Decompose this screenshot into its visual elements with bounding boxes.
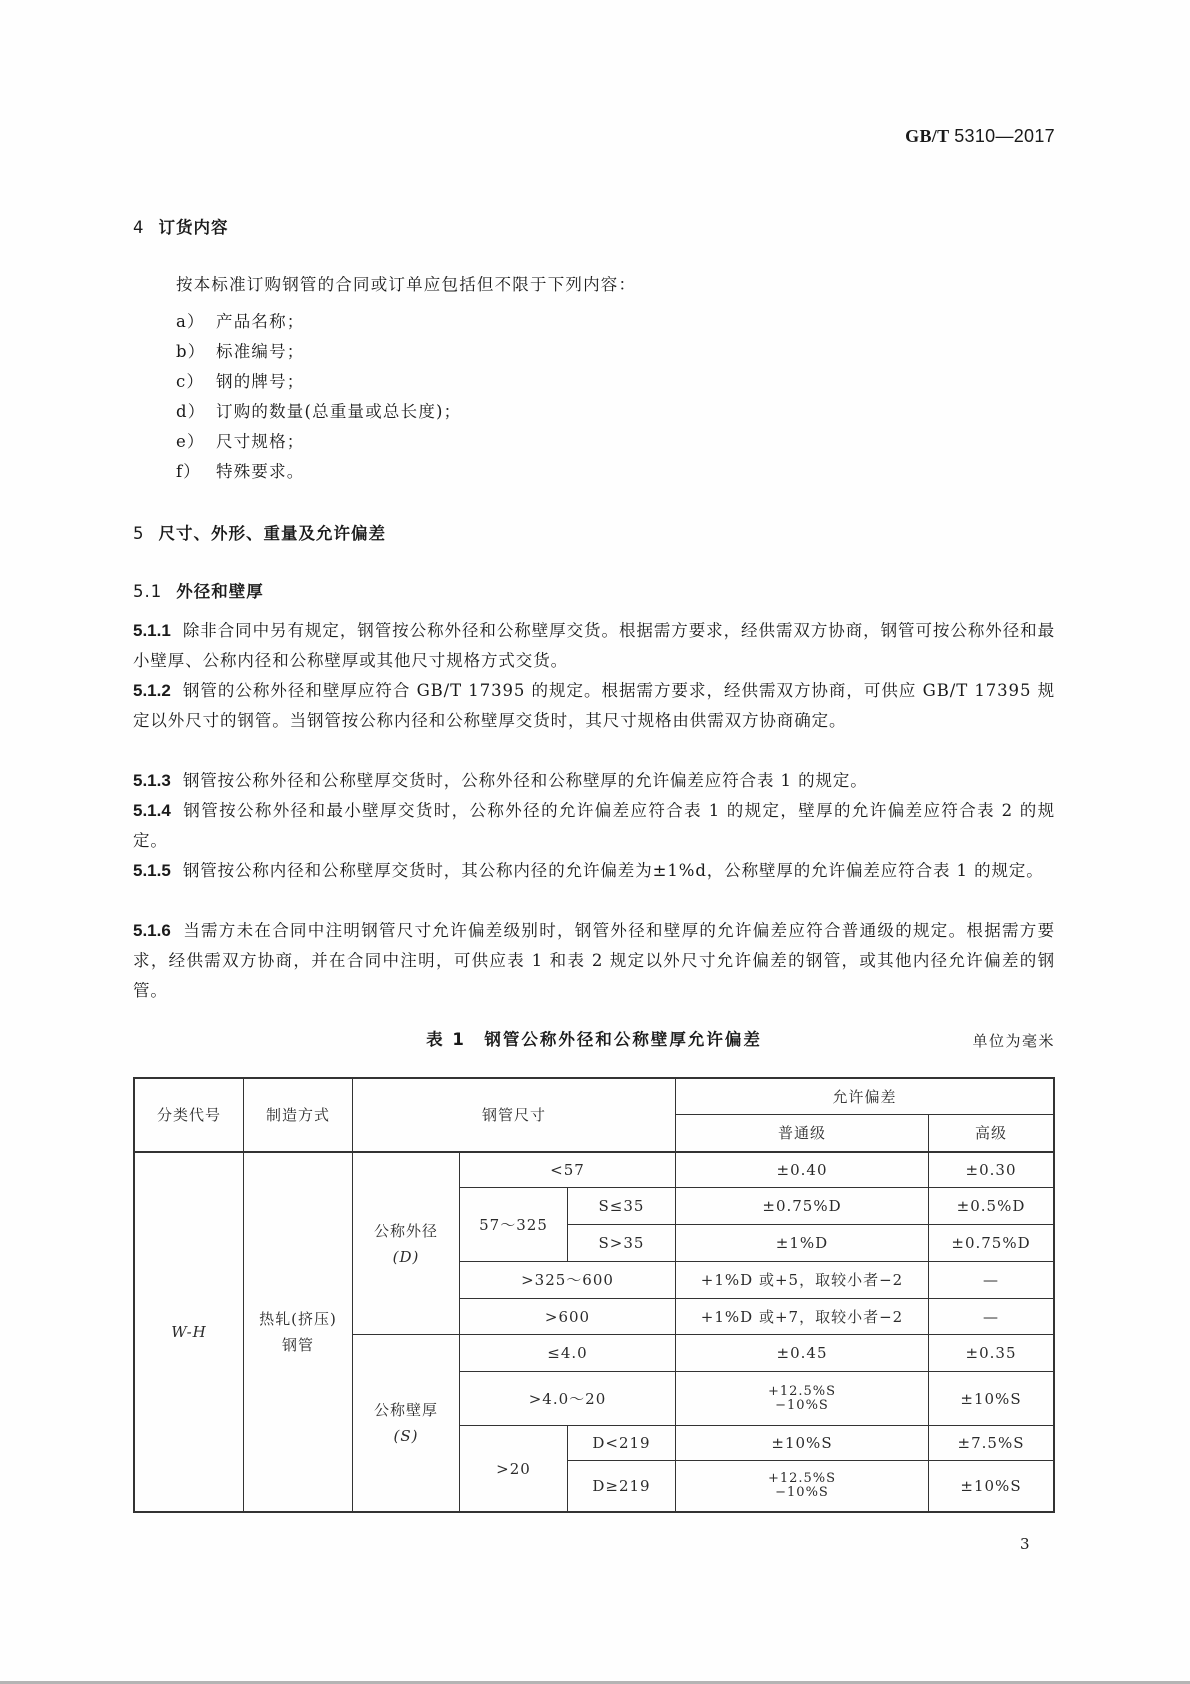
list-text: 特殊要求。	[216, 462, 305, 481]
section-4-intro: 按本标准订购钢管的合同或订单应包括但不限于下列内容：	[176, 270, 636, 300]
group-label: 公称壁厚	[374, 1397, 438, 1423]
list-marker: a）	[176, 308, 216, 332]
table-1-title: 表 1 钢管公称外径和公称壁厚允许偏差	[133, 1026, 1055, 1050]
section-number: 5	[133, 524, 145, 543]
list-item: a）产品名称；	[176, 308, 305, 332]
clause-text: 钢管按公称内径和公称壁厚交货时，其公称内径的允许偏差为±1%d，公称壁厚的允许偏…	[183, 861, 1044, 880]
normal-cell: ±0.75%D	[676, 1188, 928, 1224]
od-group-cell: 公称外径 (D)	[353, 1153, 459, 1334]
list-text: 尺寸规格；	[216, 432, 305, 451]
list-marker: c）	[176, 368, 216, 392]
manufacture-line: 热轧(挤压)	[259, 1306, 337, 1332]
clause-5-1-4: 5.1.4钢管按公称外径和最小壁厚交货时，公称外径的允许偏差应符合表 1 的规定…	[133, 796, 1055, 856]
header-tolerance: 允许偏差	[676, 1079, 1053, 1114]
list-item: f）特殊要求。	[176, 458, 305, 482]
normal-cell: ±0.45	[676, 1335, 928, 1371]
manufacture-line: 钢管	[282, 1332, 314, 1358]
clause-number: 5.1.6	[133, 921, 171, 940]
manufacture-cell: 热轧(挤压) 钢管	[244, 1153, 352, 1511]
list-item: b）标准编号；	[176, 338, 305, 362]
high-cell: ±10%S	[929, 1461, 1053, 1511]
clause-text: 除非合同中另有规定，钢管按公称外径和公称壁厚交货。根据需方要求，经供需双方协商，…	[133, 621, 1055, 670]
sub-size-cell: D≥219	[568, 1461, 675, 1511]
list-marker: e）	[176, 428, 216, 452]
clause-text: 当需方未在合同中注明钢管尺寸允许偏差级别时，钢管外径和壁厚的允许偏差应符合普通级…	[133, 921, 1055, 1000]
list-text: 钢的牌号；	[216, 372, 305, 391]
lower-tolerance: −10%S	[775, 1486, 829, 1500]
list-item: e）尺寸规格；	[176, 428, 305, 452]
sub-size-cell: S≤35	[568, 1188, 675, 1224]
high-cell: ±10%S	[929, 1372, 1053, 1425]
normal-cell: ±10%S	[676, 1426, 928, 1460]
size-cell: <57	[460, 1153, 675, 1187]
list-item: d）订购的数量(总重量或总长度)；	[176, 398, 461, 422]
clause-number: 5.1.4	[133, 801, 171, 820]
normal-cell: ±0.40	[676, 1153, 928, 1187]
header-manufacture: 制造方式	[244, 1079, 352, 1151]
lower-tolerance: −10%S	[775, 1399, 829, 1413]
clause-5-1-6: 5.1.6当需方未在合同中注明钢管尺寸允许偏差级别时，钢管外径和壁厚的允许偏差应…	[133, 916, 1055, 1006]
high-cell: —	[929, 1262, 1053, 1298]
normal-cell: +12.5%S −10%S	[676, 1461, 928, 1511]
list-marker: d）	[176, 398, 216, 422]
size-cell: ≤4.0	[460, 1335, 675, 1371]
clause-text: 钢管按公称外径和公称壁厚交货时，公称外径和公称壁厚的允许偏差应符合表 1 的规定…	[183, 771, 868, 790]
size-cell: >325～600	[460, 1262, 675, 1298]
clause-text: 钢管的公称外径和壁厚应符合 GB/T 17395 的规定。根据需方要求，经供需双…	[133, 681, 1055, 730]
section-4-heading: 4订货内容	[133, 214, 229, 238]
size-cell: 57～325	[460, 1188, 567, 1261]
clause-text: 钢管按公称外径和最小壁厚交货时，公称外径的允许偏差应符合表 1 的规定，壁厚的允…	[133, 801, 1055, 850]
group-symbol: (S)	[394, 1423, 419, 1449]
page-number: 3	[1020, 1535, 1030, 1553]
clause-5-1-2: 5.1.2钢管的公称外径和壁厚应符合 GB/T 17395 的规定。根据需方要求…	[133, 676, 1055, 736]
section-5-1-heading: 5.1外径和壁厚	[133, 578, 264, 602]
clause-number: 5.1.5	[133, 861, 171, 880]
header-class-code: 分类代号	[135, 1079, 243, 1151]
section-title: 外径和壁厚	[176, 582, 264, 601]
clause-number: 5.1.3	[133, 771, 171, 790]
list-item: c）钢的牌号；	[176, 368, 305, 392]
header-size: 钢管尺寸	[353, 1079, 675, 1151]
standard-prefix: GB/T	[905, 126, 949, 146]
sub-size-cell: D<219	[568, 1426, 675, 1460]
list-text: 产品名称；	[216, 312, 305, 331]
standard-number: 5310—2017	[954, 126, 1055, 146]
wt-group-cell: 公称壁厚 (S)	[353, 1335, 459, 1511]
section-title: 尺寸、外形、重量及允许偏差	[159, 524, 387, 543]
list-text: 标准编号；	[216, 342, 305, 361]
header-normal-grade: 普通级	[676, 1115, 928, 1151]
normal-cell: +12.5%S −10%S	[676, 1372, 928, 1425]
group-symbol: (D)	[393, 1244, 420, 1270]
high-cell: ±0.30	[929, 1153, 1053, 1187]
group-label: 公称外径	[374, 1218, 438, 1244]
size-cell: >600	[460, 1299, 675, 1334]
size-cell: >4.0～20	[460, 1372, 675, 1425]
size-cell: >20	[460, 1426, 567, 1511]
clause-number: 5.1.1	[133, 621, 171, 640]
clause-number: 5.1.2	[133, 681, 171, 700]
list-text: 订购的数量(总重量或总长度)；	[216, 402, 461, 421]
standard-code: GB/T 5310—2017	[905, 126, 1055, 147]
sub-size-cell: S>35	[568, 1225, 675, 1261]
section-5-heading: 5尺寸、外形、重量及允许偏差	[133, 520, 386, 544]
list-marker: b）	[176, 338, 216, 362]
clause-5-1-3: 5.1.3钢管按公称外径和公称壁厚交货时，公称外径和公称壁厚的允许偏差应符合表 …	[133, 766, 1055, 796]
high-cell: ±0.35	[929, 1335, 1053, 1371]
table-1-unit: 单位为毫米	[972, 1030, 1055, 1051]
normal-cell: +1%D 或+7，取较小者−2	[676, 1299, 928, 1334]
high-cell: —	[929, 1299, 1053, 1334]
clause-5-1-5: 5.1.5钢管按公称内径和公称壁厚交货时，其公称内径的允许偏差为±1%d，公称壁…	[133, 856, 1055, 886]
section-title: 订货内容	[159, 218, 229, 237]
list-marker: f）	[176, 458, 216, 482]
class-code-cell: W-H	[135, 1153, 243, 1511]
high-cell: ±7.5%S	[929, 1426, 1053, 1460]
section-number: 4	[133, 218, 145, 237]
high-cell: ±0.75%D	[929, 1225, 1053, 1261]
normal-cell: +1%D 或+5，取较小者−2	[676, 1262, 928, 1298]
high-cell: ±0.5%D	[929, 1188, 1053, 1224]
upper-tolerance: +12.5%S	[768, 1385, 836, 1399]
upper-tolerance: +12.5%S	[768, 1472, 836, 1486]
table-border-bottom	[133, 1511, 1055, 1513]
section-number: 5.1	[133, 582, 162, 601]
table-border-right	[1053, 1077, 1055, 1513]
normal-cell: ±1%D	[676, 1225, 928, 1261]
clause-5-1-1: 5.1.1除非合同中另有规定，钢管按公称外径和公称壁厚交货。根据需方要求，经供需…	[133, 616, 1055, 676]
header-high-grade: 高级	[929, 1115, 1053, 1151]
